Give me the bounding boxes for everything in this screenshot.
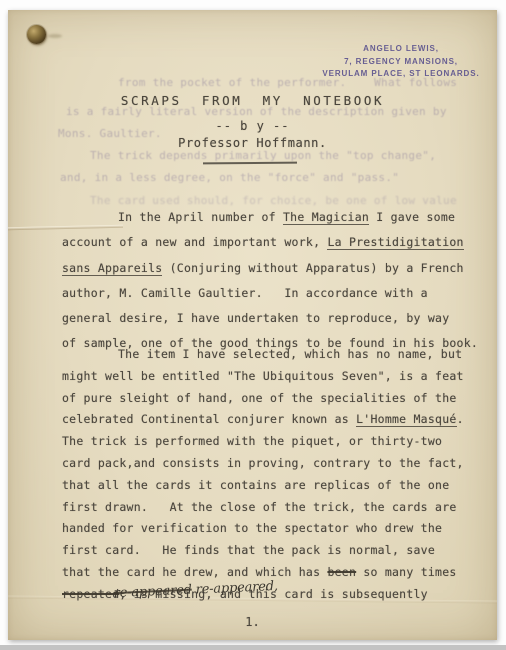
stamp-line: VERULAM PLACE, ST LEONARDS. — [322, 68, 480, 81]
text-segment: La Prestidigitation — [327, 235, 463, 250]
text-segment: sans Appareils — [62, 261, 162, 276]
text-segment: card pack,and consists in proving, contr… — [62, 456, 464, 470]
text-segment: . — [457, 412, 464, 426]
brass-fastener-icon — [27, 25, 46, 44]
stamp-line: ANGELO LEWIS, — [322, 43, 480, 56]
text-segment: account of a new and important work, — [62, 235, 327, 249]
typed-line: sans Appareils (Conjuring without Appara… — [62, 256, 480, 281]
typed-line: first drawn. At the close of the trick, … — [62, 497, 480, 519]
typed-line: The trick is performed with the piquet, … — [62, 431, 480, 453]
bleedthrough-text: and, in a less degree, on the "force" an… — [60, 171, 399, 184]
handwritten-correction: re-appeared re-appeared, — [89, 564, 279, 617]
text-segment: first card. He finds that the pack is no… — [62, 543, 435, 557]
page-title: SCRAPS FROM MY NOTEBOOK — [8, 93, 497, 108]
text-segment: (Conjuring without Apparatus) by a Frenc… — [162, 261, 463, 275]
typed-line: card pack,and consists in proving, contr… — [62, 453, 480, 475]
typed-line: of pure sleight of hand, one of the spec… — [62, 388, 480, 410]
typed-line: The item I have selected, which has no n… — [62, 344, 480, 366]
scanned-document: from the pocket of the performer. What f… — [0, 0, 506, 650]
typed-line: celebrated Continental conjurer known as… — [62, 409, 480, 431]
typed-line: account of a new and important work, La … — [62, 230, 480, 255]
typed-line: general desire, I have undertaken to rep… — [62, 306, 480, 331]
text-segment: The item I have selected, which has no n… — [118, 347, 462, 361]
text-segment: that all the cards it contains are repli… — [62, 478, 449, 492]
text-segment: In the April number of — [118, 210, 283, 224]
text-segment: I gave some — [369, 210, 455, 224]
text-segment: might well be entitled "The Ubiquitous S… — [62, 369, 464, 383]
typed-line: that all the cards it contains are repli… — [62, 475, 480, 497]
typed-line: might well be entitled "The Ubiquitous S… — [62, 366, 480, 388]
scanner-edge — [0, 645, 506, 650]
text-segment: handed for verification to the spectator… — [62, 521, 442, 535]
text-segment: celebrated Continental conjurer known as — [62, 412, 356, 426]
typed-line: handed for verification to the spectator… — [62, 518, 480, 540]
stamp-line: 7, REGENCY MANSIONS, — [322, 56, 480, 69]
text-segment: L'Homme Masqué — [356, 412, 456, 427]
page-number: 1. — [8, 615, 497, 629]
paper-sheet: from the pocket of the performer. What f… — [8, 10, 497, 640]
handwritten-word: re-appeared, — [191, 579, 278, 598]
address-stamp: ANGELO LEWIS, 7, REGENCY MANSIONS, VERUL… — [322, 43, 480, 81]
typed-line: author, M. Camille Gaultier. In accordan… — [62, 281, 480, 306]
bleedthrough-text: The trick depends primarily upon the "to… — [90, 149, 436, 162]
text-segment: author, M. Camille Gaultier. In accordan… — [62, 286, 428, 300]
author-name: Professor Hoffmann. — [8, 136, 497, 150]
text-segment: first drawn. At the close of the trick, … — [62, 500, 457, 514]
text-segment: The trick is performed with the piquet, … — [62, 434, 442, 448]
divider-rule — [202, 162, 296, 165]
paragraph-1: In the April number of The Magician I ga… — [62, 205, 480, 357]
text-segment: so many times — [356, 565, 456, 579]
handwritten-struck-word: re-appeared — [113, 583, 192, 601]
text-segment: been — [327, 565, 356, 579]
byline: -- b y -- — [8, 119, 497, 133]
text-segment: of pure sleight of hand, one of the spec… — [62, 391, 457, 405]
text-segment: The Magician — [283, 210, 369, 225]
typed-line: first card. He finds that the pack is no… — [62, 540, 480, 562]
typed-line: In the April number of The Magician I ga… — [62, 205, 480, 230]
text-segment: general desire, I have undertaken to rep… — [62, 311, 449, 325]
